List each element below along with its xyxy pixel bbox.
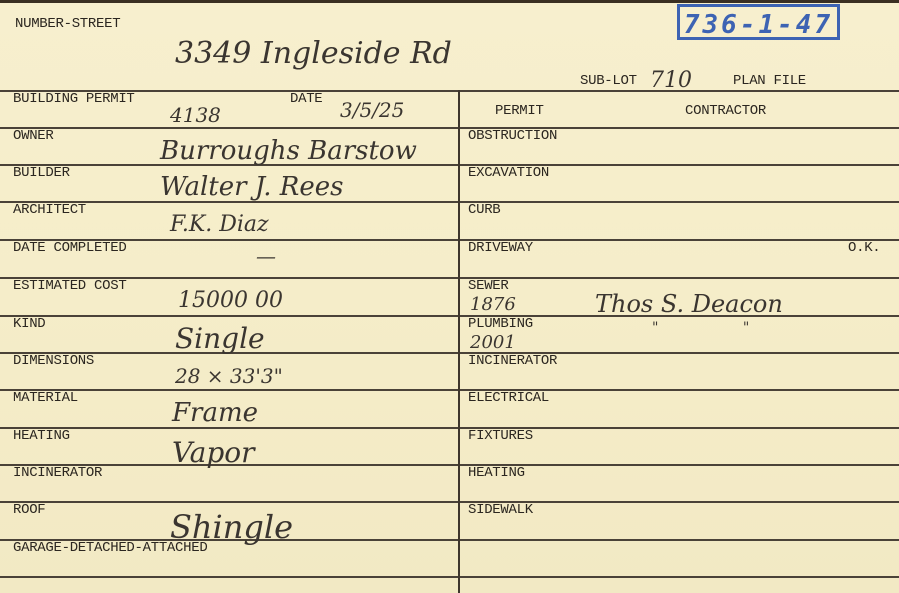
incinerator-permit-label: INCINERATOR: [468, 353, 557, 369]
contractor-header: CONTRACTOR: [685, 103, 766, 119]
rule: [0, 277, 899, 279]
permit-card: 736-1-47 NUMBER-STREET 3349 Ingleside Rd…: [0, 0, 899, 593]
rule: [0, 464, 899, 466]
file-number-stamp: 736-1-47: [677, 4, 840, 40]
date-completed-value: —: [256, 244, 276, 268]
card-top-edge: [0, 0, 899, 3]
fixtures-label: FIXTURES: [468, 428, 533, 444]
rule: [0, 239, 899, 241]
electrical-label: ELECTRICAL: [468, 390, 549, 406]
owner-value: Burroughs Barstow: [160, 136, 417, 166]
heating-label: HEATING: [13, 428, 70, 444]
sewer-contractor: Thos S. Deacon: [595, 290, 783, 318]
driveway-note: O.K.: [848, 240, 880, 256]
rule: [0, 127, 899, 129]
incinerator-label: INCINERATOR: [13, 465, 102, 481]
rule: [0, 164, 899, 166]
builder-value: Walter J. Rees: [160, 172, 343, 202]
number-street-value: 3349 Ingleside Rd: [175, 36, 452, 71]
plumbing-permit-number: 2001: [470, 332, 516, 353]
kind-value: Single: [175, 322, 265, 355]
garage-label: GARAGE-DETACHED-ATTACHED: [13, 540, 207, 556]
obstruction-label: OBSTRUCTION: [468, 128, 557, 144]
architect-label: ARCHITECT: [13, 202, 86, 218]
date-value: 3/5/25: [340, 98, 404, 122]
sub-lot-label: SUB-LOT: [580, 73, 637, 89]
rule: [0, 427, 899, 429]
column-divider: [458, 90, 460, 593]
rule: [0, 201, 899, 203]
rule: [0, 90, 899, 92]
heating-value: Vapor: [172, 436, 255, 469]
sewer-permit-number: 1876: [470, 294, 516, 315]
heating-permit-label: HEATING: [468, 465, 525, 481]
rule: [0, 576, 899, 578]
sidewalk-label: SIDEWALK: [468, 502, 533, 518]
kind-label: KIND: [13, 316, 45, 332]
estimated-cost-value: 15000 00: [178, 288, 283, 313]
excavation-label: EXCAVATION: [468, 165, 549, 181]
dimensions-value: 28 × 33'3": [175, 364, 283, 388]
rule: [0, 352, 899, 354]
estimated-cost-label: ESTIMATED COST: [13, 278, 126, 294]
dimensions-label: DIMENSIONS: [13, 353, 94, 369]
builder-label: BUILDER: [13, 165, 70, 181]
building-permit-label: BUILDING PERMIT: [13, 91, 135, 107]
building-permit-value: 4138: [170, 103, 221, 127]
permit-header: PERMIT: [495, 103, 544, 119]
material-label: MATERIAL: [13, 390, 78, 406]
date-label: DATE: [290, 91, 322, 107]
plan-file-label: PLAN FILE: [733, 73, 806, 89]
sewer-label: SEWER: [468, 278, 509, 294]
plumbing-label: PLUMBING: [468, 316, 533, 332]
driveway-label: DRIVEWAY: [468, 240, 533, 256]
architect-value: F.K. Diaz: [170, 212, 269, 237]
rule: [0, 389, 899, 391]
curb-label: CURB: [468, 202, 500, 218]
material-value: Frame: [172, 398, 258, 428]
plumbing-contractor: " ": [652, 320, 749, 336]
roof-label: ROOF: [13, 502, 45, 518]
owner-label: OWNER: [13, 128, 54, 144]
number-street-label: NUMBER-STREET: [15, 16, 120, 32]
rule: [0, 501, 899, 503]
date-completed-label: DATE COMPLETED: [13, 240, 126, 256]
